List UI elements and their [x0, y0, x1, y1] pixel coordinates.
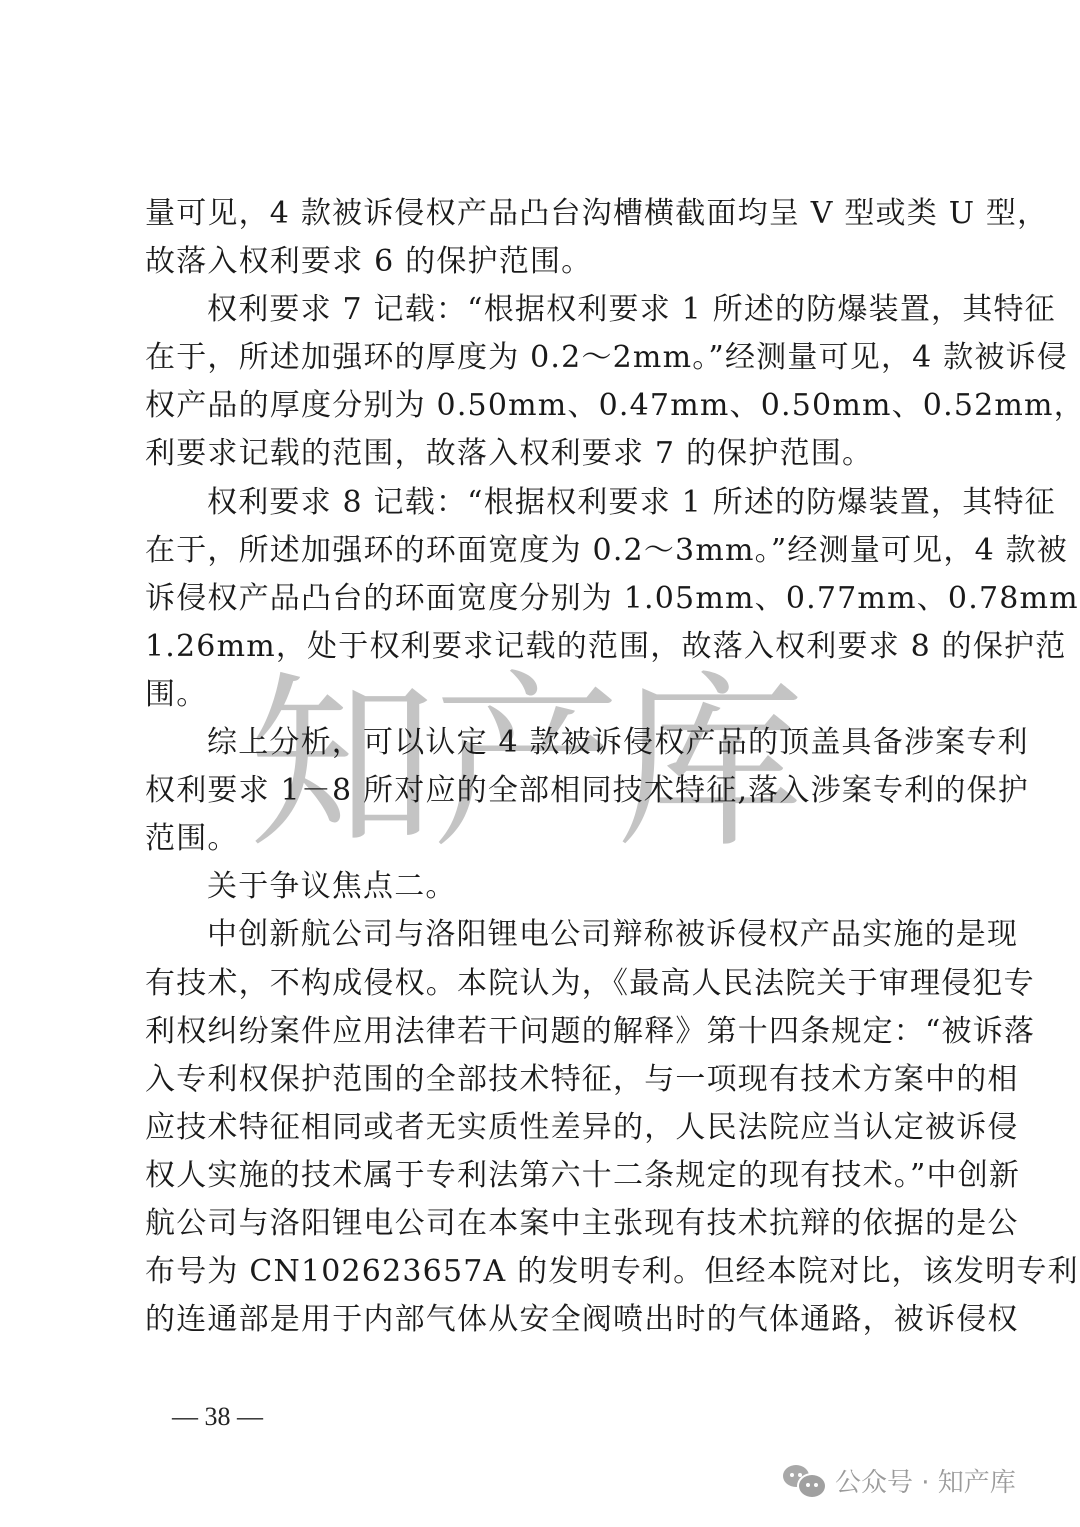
text-line: 的连通部是用于内部气体从安全阀喷出时的气体通路，被诉侵权	[145, 1296, 951, 1344]
text-line: 在于，所述加强环的厚度为 0.2～2mm。”经测量可见，4 款被诉侵	[145, 334, 951, 382]
text-line: 权利要求 7 记载：“根据权利要求 1 所述的防爆装置，其特征	[145, 286, 951, 334]
footer-attribution: 公众号 · 知产库	[783, 1462, 1016, 1499]
page-number: — 38 —	[172, 1397, 263, 1437]
body-text: 量可见，4 款被诉侵权产品凸台沟槽横截面均呈 V 型或类 U 型， 故落入权利要…	[145, 190, 951, 1344]
text-line: 量可见，4 款被诉侵权产品凸台沟槽横截面均呈 V 型或类 U 型，	[145, 190, 951, 238]
footer-text: 公众号 · 知产库	[835, 1462, 1016, 1499]
paragraph-claim6-conclusion: 量可见，4 款被诉侵权产品凸台沟槽横截面均呈 V 型或类 U 型， 故落入权利要…	[145, 190, 951, 286]
paragraph-summary: 综上分析，可以认定 4 款被诉侵权产品的顶盖具备涉案专利 权利要求 1－8 所对…	[145, 719, 951, 863]
text-line: 范围。	[145, 815, 951, 863]
text-line: 综上分析，可以认定 4 款被诉侵权产品的顶盖具备涉案专利	[145, 719, 951, 767]
paragraph-prior-art-defense: 中创新航公司与洛阳锂电公司辩称被诉侵权产品实施的是现 有技术，不构成侵权。本院认…	[145, 911, 951, 1344]
bubble-dot	[814, 1483, 818, 1487]
text-line: 布号为 CN102623657A 的发明专利。但经本院对比，该发明专利中	[145, 1248, 951, 1296]
text-line: 利权纠纷案件应用法律若干问题的解释》第十四条规定：“被诉落	[145, 1008, 951, 1056]
text-line: 应技术特征相同或者无实质性差异的，人民法院应当认定被诉侵	[145, 1104, 951, 1152]
text-line: 有技术，不构成侵权。本院认为，《最高人民法院关于审理侵犯专	[145, 960, 951, 1008]
bubble-dot	[806, 1483, 810, 1487]
paragraph-dispute-focus-two: 关于争议焦点二。	[145, 863, 951, 911]
text-line: 权利要求 8 记载：“根据权利要求 1 所述的防爆装置，其特征	[145, 479, 951, 527]
document-page: 知产库 量可见，4 款被诉侵权产品凸台沟槽横截面均呈 V 型或类 U 型， 故落…	[0, 0, 1080, 1527]
text-line: 1.26mm，处于权利要求记载的范围，故落入权利要求 8 的保护范	[145, 623, 951, 671]
paragraph-claim7: 权利要求 7 记载：“根据权利要求 1 所述的防爆装置，其特征 在于，所述加强环…	[145, 286, 951, 478]
wechat-icon	[783, 1463, 827, 1499]
text-line: 关于争议焦点二。	[145, 863, 951, 911]
text-line: 故落入权利要求 6 的保护范围。	[145, 238, 951, 286]
bubble-dot	[790, 1473, 794, 1477]
chat-bubble-shape	[797, 1473, 827, 1499]
text-line: 权利要求 1－8 所对应的全部相同技术特征,落入涉案专利的保护	[145, 767, 951, 815]
text-line: 在于，所述加强环的环面宽度为 0.2～3mm。”经测量可见，4 款被	[145, 527, 951, 575]
text-line: 入专利权保护范围的全部技术特征，与一项现有技术方案中的相	[145, 1056, 951, 1104]
text-line: 权产品的厚度分别为 0.50mm、0.47mm、0.50mm、0.52mm，处于…	[145, 382, 951, 430]
text-line: 利要求记载的范围，故落入权利要求 7 的保护范围。	[145, 430, 951, 478]
text-line: 围。	[145, 671, 951, 719]
text-line: 权人实施的技术属于专利法第六十二条规定的现有技术。”中创新	[145, 1152, 951, 1200]
text-line: 中创新航公司与洛阳锂电公司辩称被诉侵权产品实施的是现	[145, 911, 951, 959]
paragraph-claim8: 权利要求 8 记载：“根据权利要求 1 所述的防爆装置，其特征 在于，所述加强环…	[145, 479, 951, 719]
text-line: 诉侵权产品凸台的环面宽度分别为 1.05mm、0.77mm、0.78mm、	[145, 575, 951, 623]
text-line: 航公司与洛阳锂电公司在本案中主张现有技术抗辩的依据的是公	[145, 1200, 951, 1248]
